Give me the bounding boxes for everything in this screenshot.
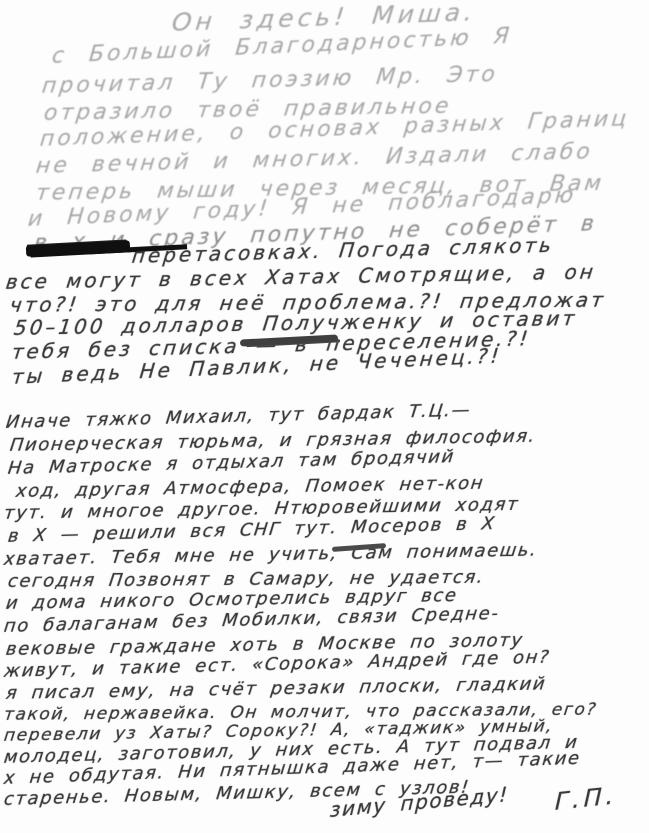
- handwritten-signature: Г.П.: [555, 781, 618, 816]
- letter-page: Он здесь! Миша. с Большой Благодарностью…: [0, 0, 649, 833]
